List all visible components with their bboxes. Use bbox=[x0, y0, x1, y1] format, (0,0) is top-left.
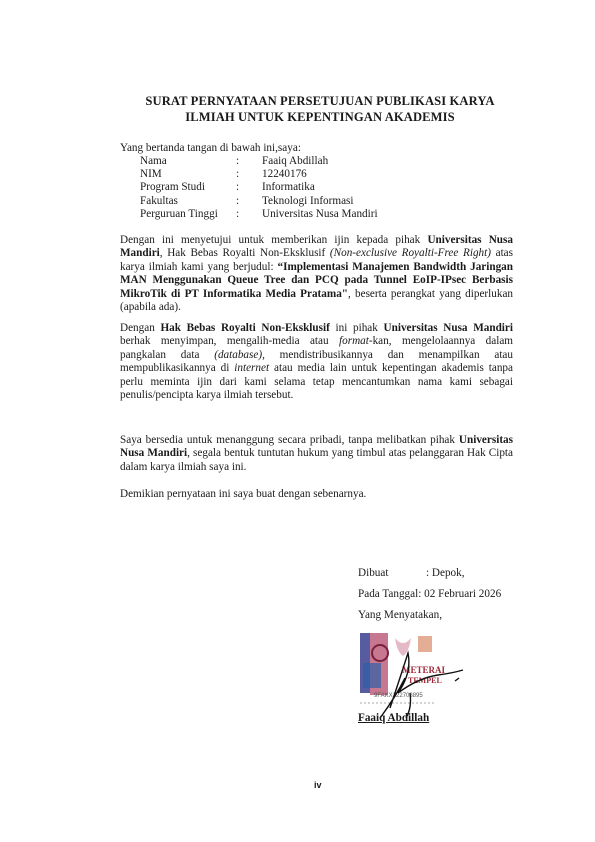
date-label: Pada Tanggal bbox=[358, 588, 418, 601]
identity-label: NIM bbox=[140, 168, 236, 181]
signature-date: Pada Tanggal : 02 Februari 2026 bbox=[358, 588, 501, 601]
institution-name: Universitas Nusa Mandiri bbox=[384, 322, 513, 334]
text-run: Saya bersedia untuk menanggung secara pr… bbox=[120, 434, 459, 446]
title-line-2: ILMIAH UNTUK KEPENTINGAN AKADEMIS bbox=[100, 109, 540, 125]
identity-label: Fakultas bbox=[140, 195, 236, 208]
paragraph-consent: Dengan ini menyetujui untuk memberikan i… bbox=[120, 234, 513, 314]
identity-value: 12240176 bbox=[262, 168, 307, 181]
identity-value: Faaiq Abdillah bbox=[262, 155, 328, 168]
page-number: iv bbox=[314, 780, 322, 790]
intro-text: Yang bertanda tangan di bawah ini,saya: bbox=[120, 142, 301, 155]
paragraph-closing: Demikian pernyataan ini saya buat dengan… bbox=[120, 488, 513, 501]
identity-label: Nama bbox=[140, 155, 236, 168]
identity-row-nama: Nama : Faaiq Abdillah bbox=[140, 155, 378, 168]
identity-row-perguruan-tinggi: Perguruan Tinggi : Universitas Nusa Mand… bbox=[140, 208, 378, 221]
italic-term: (Non-exclusive Royalti-Free Right) bbox=[330, 247, 491, 259]
paragraph-liability: Saya bersedia untuk menanggung secara pr… bbox=[120, 434, 513, 474]
text-run: Dengan bbox=[120, 322, 160, 334]
identity-table: Nama : Faaiq Abdillah NIM : 12240176 Pro… bbox=[140, 155, 378, 221]
italic-term: (database) bbox=[214, 349, 262, 361]
text-run: , Hak Bebas Royalti Non-Eksklusif bbox=[160, 247, 330, 259]
identity-value: Universitas Nusa Mandiri bbox=[262, 208, 378, 221]
title-line-1: SURAT PERNYATAAN PERSETUJUAN PUBLIKASI K… bbox=[100, 93, 540, 109]
bold-term: Hak Bebas Royalti Non-Eksklusif bbox=[160, 322, 329, 334]
paragraph-rights: Dengan Hak Bebas Royalti Non-Eksklusif i… bbox=[120, 322, 513, 402]
date-value: : 02 Februari 2026 bbox=[418, 588, 501, 601]
identity-sep: : bbox=[236, 181, 262, 194]
signature-place: Dibuat : Depok, bbox=[358, 567, 465, 580]
signer-name: Faaiq Abdillah bbox=[358, 712, 429, 724]
document-title: SURAT PERNYATAAN PERSETUJUAN PUBLIKASI K… bbox=[100, 93, 540, 125]
signature-closing: Yang Menyatakan, bbox=[358, 609, 442, 622]
made-value: : Depok, bbox=[426, 567, 465, 580]
text-run: Dengan ini menyetujui untuk memberikan i… bbox=[120, 234, 427, 246]
text-run: ini pihak bbox=[330, 322, 384, 334]
identity-sep: : bbox=[236, 195, 262, 208]
italic-term: internet bbox=[234, 362, 269, 374]
text-run: berhak menyimpan, mengalih-media atau bbox=[120, 335, 339, 347]
identity-value: Teknologi Informasi bbox=[262, 195, 354, 208]
italic-term: format bbox=[339, 335, 369, 347]
svg-text:9FAKX122708895: 9FAKX122708895 bbox=[374, 693, 423, 699]
identity-label: Perguruan Tinggi bbox=[140, 208, 236, 221]
identity-sep: : bbox=[236, 208, 262, 221]
identity-value: Informatika bbox=[262, 181, 315, 194]
identity-label: Program Studi bbox=[140, 181, 236, 194]
identity-sep: : bbox=[236, 168, 262, 181]
identity-row-nim: NIM : 12240176 bbox=[140, 168, 378, 181]
identity-row-program-studi: Program Studi : Informatika bbox=[140, 181, 378, 194]
identity-row-fakultas: Fakultas : Teknologi Informasi bbox=[140, 195, 378, 208]
document-page: SURAT PERNYATAAN PERSETUJUAN PUBLIKASI K… bbox=[0, 0, 595, 842]
made-label: Dibuat bbox=[358, 567, 426, 580]
identity-sep: : bbox=[236, 155, 262, 168]
